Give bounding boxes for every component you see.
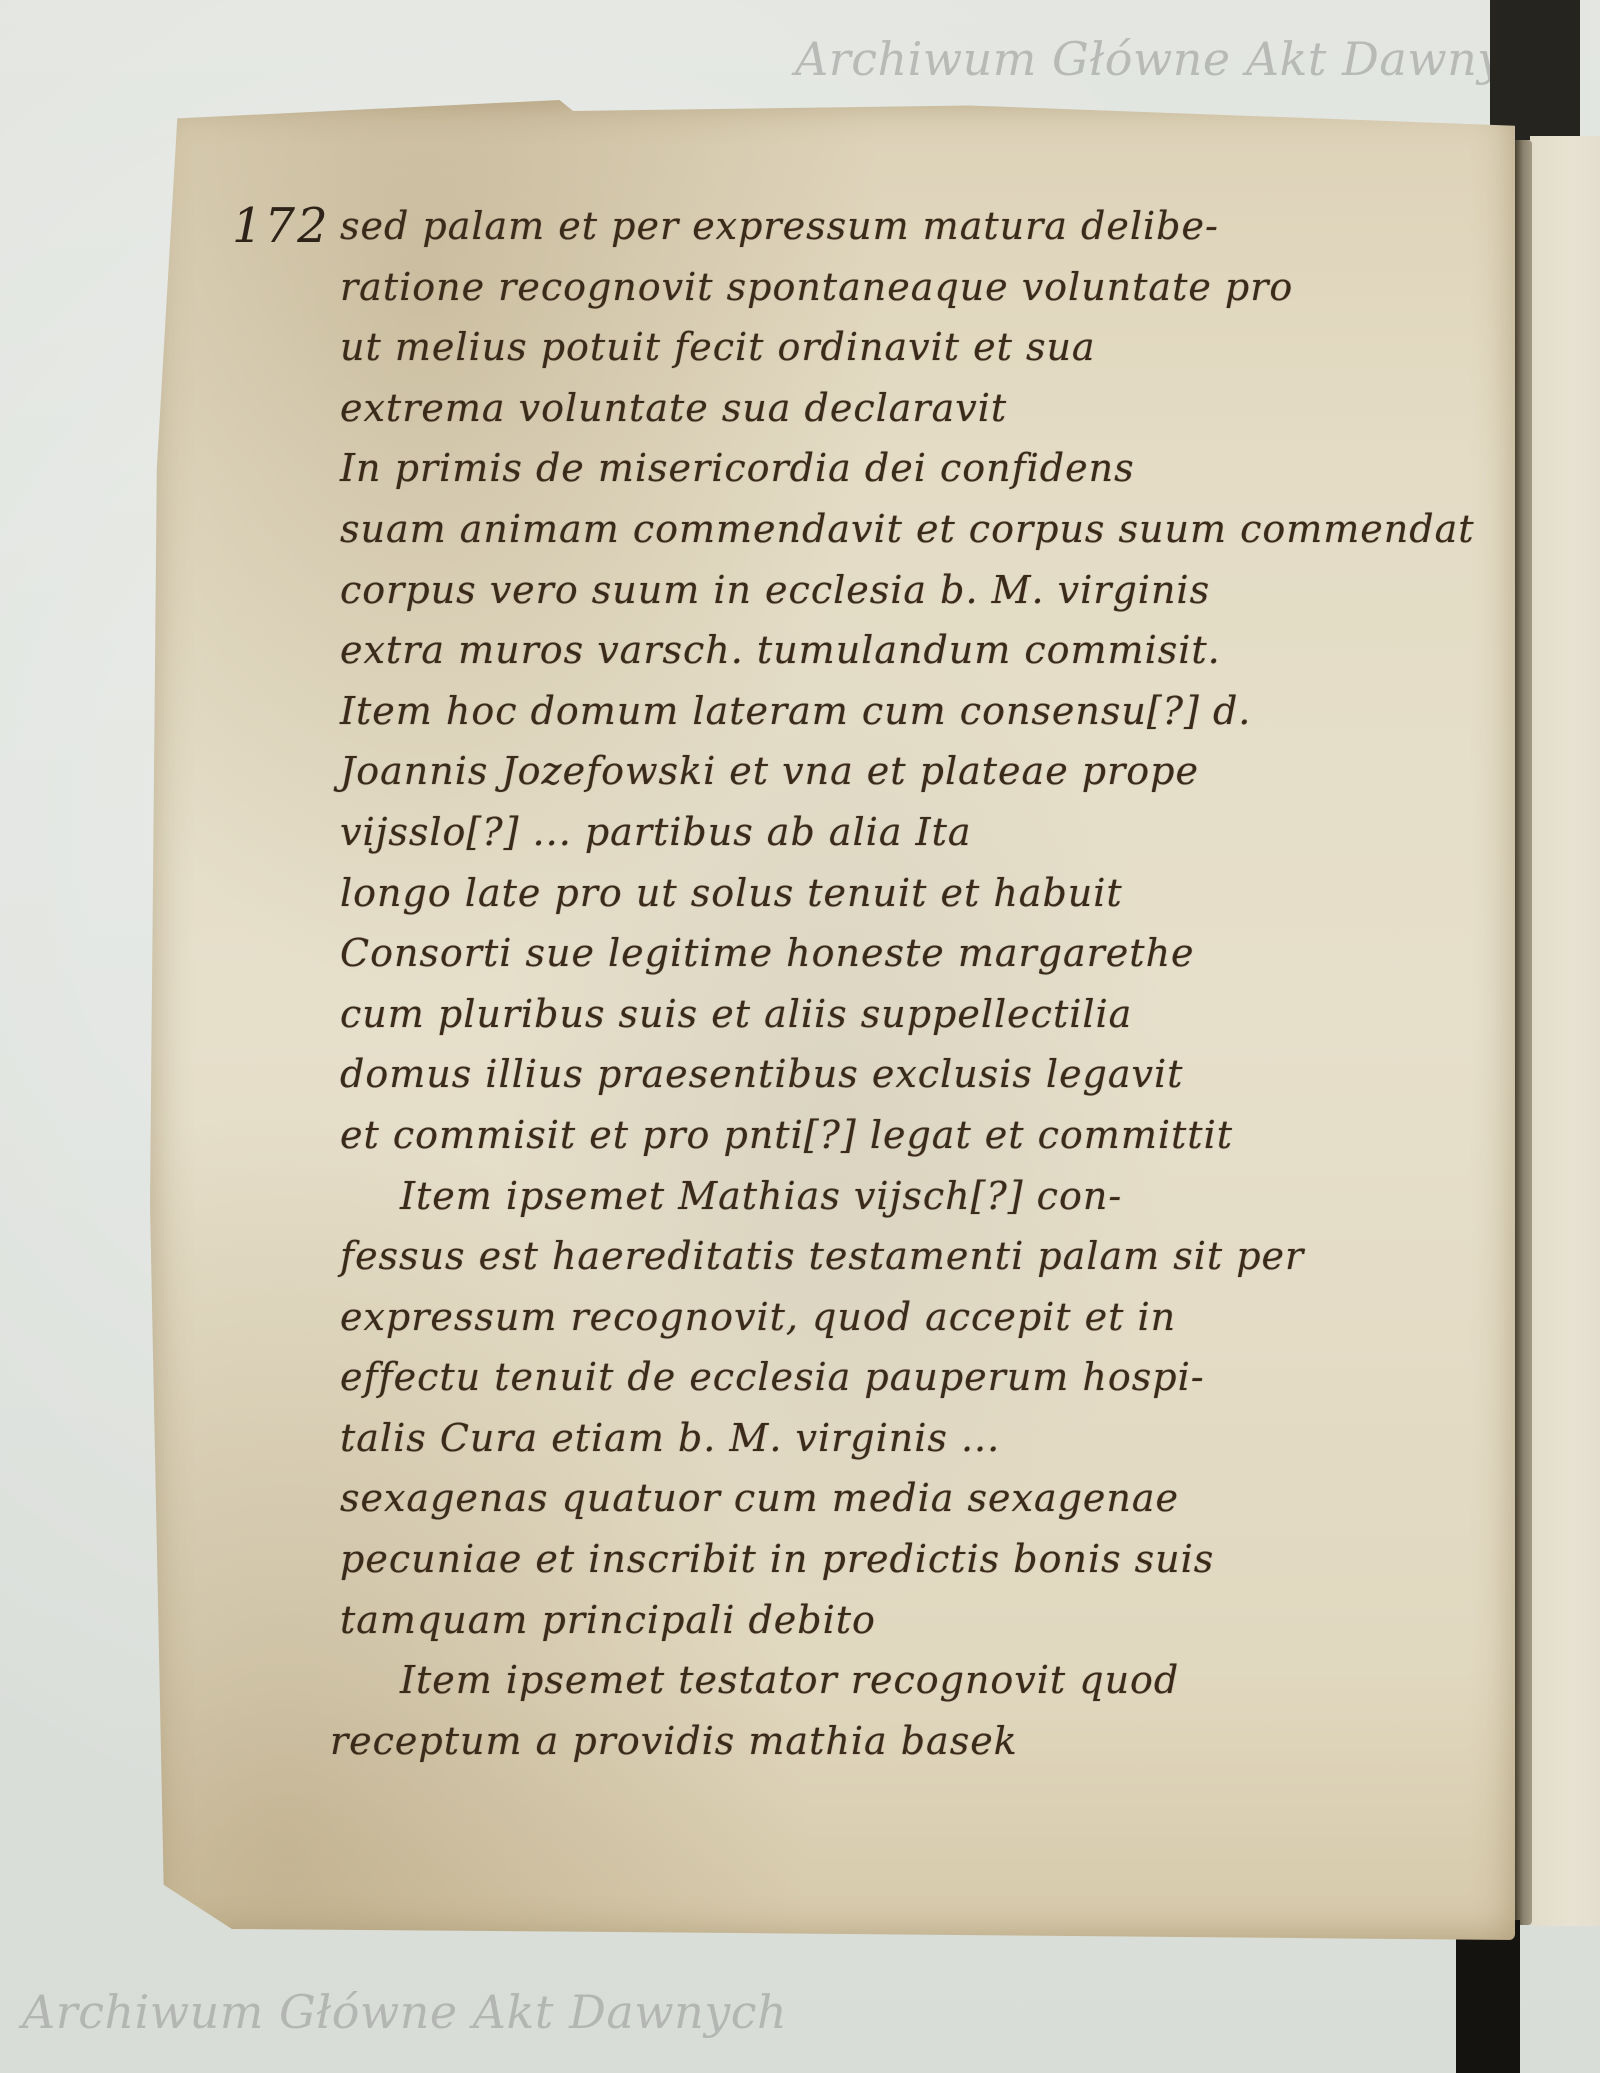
manuscript-line: longo late pro ut solus tenuit et habuit [340,863,1420,924]
manuscript-line: Item ipsemet Mathias vijsch[?] con- [340,1166,1420,1227]
manuscript-line: suam animam commendavit et corpus suum c… [340,499,1420,560]
manuscript-line: In primis de misericordia dei confidens [340,438,1420,499]
binding-tab-bottom [1456,1920,1520,2073]
adjacent-page-edge [1530,136,1600,1926]
manuscript-line: ratione recognovit spontaneaque voluntat… [340,257,1420,318]
manuscript-line: Consorti sue legitime honeste margarethe [340,923,1420,984]
manuscript-text-block: sed palam et per expressum matura delibe… [340,196,1420,1771]
manuscript-line: pecuniae et inscribit in predictis bonis… [340,1529,1420,1590]
manuscript-line: talis Cura etiam b. M. virginis ... [340,1408,1420,1469]
manuscript-line: cum pluribus suis et aliis suppellectili… [340,984,1420,1045]
manuscript-line: vijsslo[?] ... partibus ab alia Ita [340,802,1420,863]
manuscript-line: sexagenas quatuor cum media sexagenae [340,1468,1420,1529]
folio-number: 172 [232,198,330,254]
archive-watermark-top: Archiwum Główne Akt Dawnych [795,32,1560,86]
manuscript-line: sed palam et per expressum matura delibe… [340,196,1420,257]
manuscript-line: effectu tenuit de ecclesia pauperum hosp… [340,1347,1420,1408]
manuscript-line: Joannis Jozefowski et vna et plateae pro… [340,741,1420,802]
manuscript-line: corpus vero suum in ecclesia b. M. virgi… [340,560,1420,621]
manuscript-line: receptum a providis mathia basek [330,1711,1420,1772]
binding-tab-top [1490,0,1580,140]
manuscript-line: extra muros varsch. tumulandum commisit. [340,620,1420,681]
manuscript-line: domus illius praesentibus exclusis legav… [340,1044,1420,1105]
manuscript-line: Item hoc domum lateram cum consensu[?] d… [340,681,1420,742]
manuscript-line: et commisit et pro pnti[?] legat et comm… [340,1105,1420,1166]
manuscript-line: fessus est haereditatis testamenti palam… [340,1226,1420,1287]
manuscript-line: extrema voluntate sua declaravit [340,378,1420,439]
manuscript-line: Item ipsemet testator recognovit quod [340,1650,1420,1711]
manuscript-line: expressum recognovit, quod accepit et in [340,1287,1420,1348]
manuscript-line: ut melius potuit fecit ordinavit et sua [340,317,1420,378]
manuscript-line: tamquam principali debito [340,1590,1420,1651]
archive-watermark-bottom: Archiwum Główne Akt Dawnych [22,1985,787,2039]
